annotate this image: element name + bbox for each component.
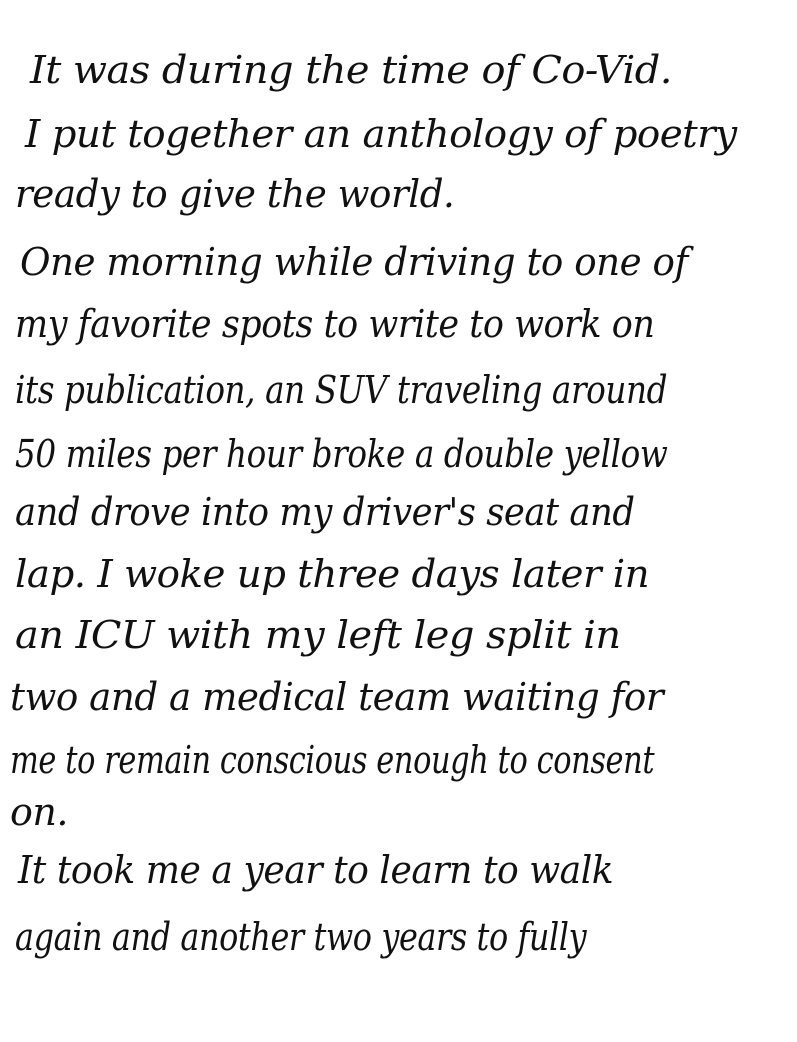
text-line-15: again and another two years to fully [15,915,586,959]
text-line-10: an ICU with my left leg split in [15,613,621,657]
handwritten-page: It was during the time of Co-Vid. I put … [0,0,797,1042]
text-line-14: It took me a year to learn to walk [18,848,613,892]
text-line-2: I put together an anthology of poetry [25,112,737,156]
text-line-6: its publication, an SUV traveling around [15,368,667,412]
text-line-4: One morning while driving to one of [20,240,688,284]
text-line-5: my favorite spots to write to work on [15,302,654,346]
text-line-13: on. [10,790,68,834]
text-line-3: ready to give the world. [15,172,454,216]
text-line-11: two and a medical team waiting for [10,675,663,719]
text-line-12: me to remain conscious enough to consent [10,738,654,782]
text-line-9: lap. I woke up three days later in [15,552,649,596]
text-line-8: and drove into my driver's seat and [15,490,634,534]
text-line-7: 50 miles per hour broke a double yellow [15,432,667,476]
text-line-1: It was during the time of Co-Vid. [30,48,672,92]
